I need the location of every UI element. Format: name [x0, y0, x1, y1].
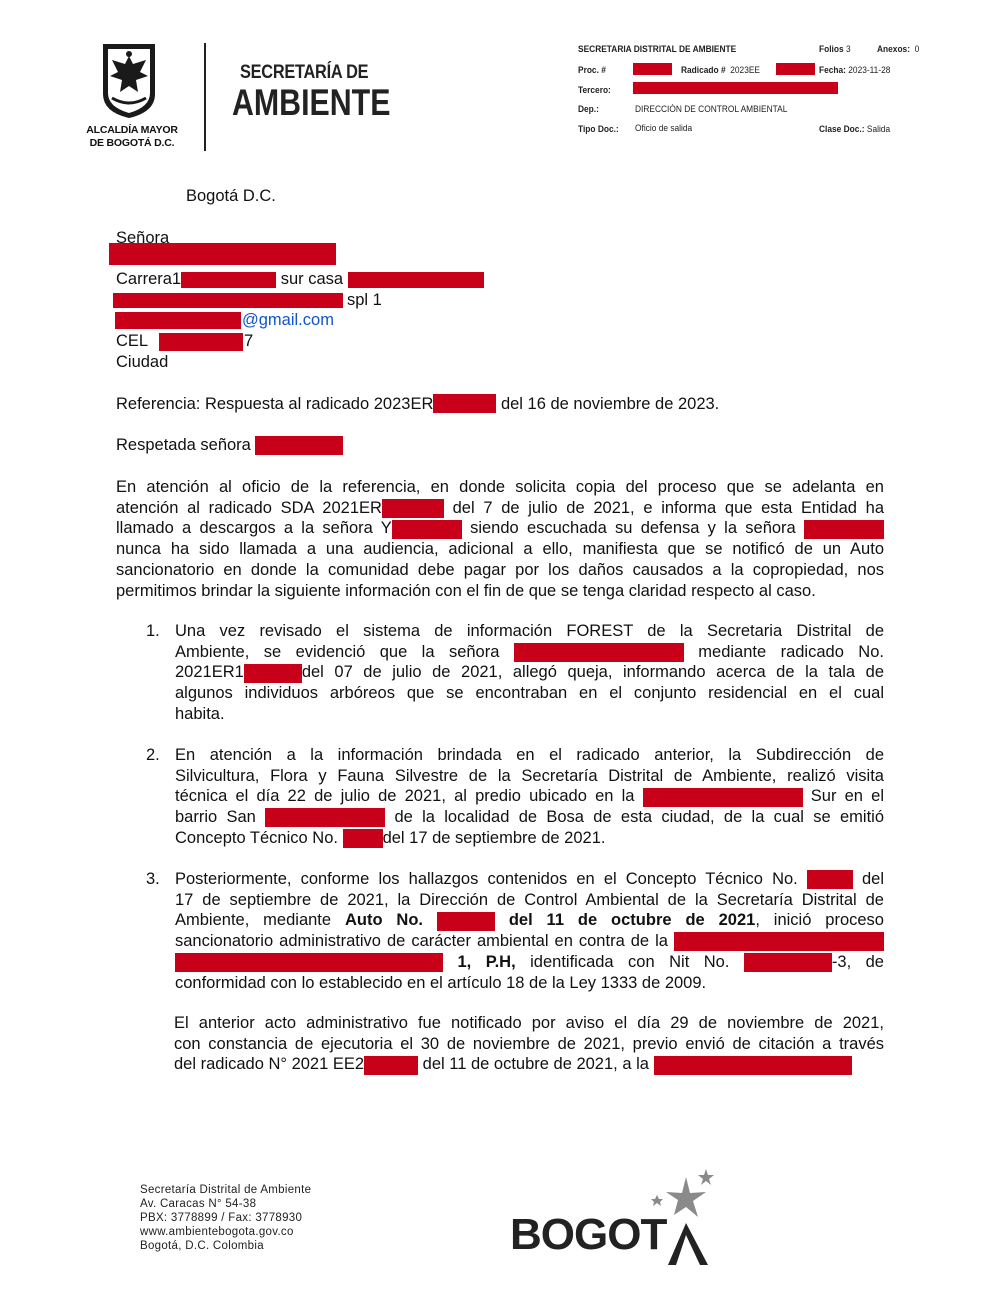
- redaction-item3-auto: [437, 912, 495, 931]
- item-line: técnica el día 22 de julio de 2021, al p…: [175, 786, 884, 807]
- item-line: En atención a la información brindada en…: [175, 745, 884, 766]
- item-line: sancionatorio administrativo de carácter…: [175, 931, 884, 952]
- meta-radicado: Radicado # 2023EE: [681, 65, 760, 76]
- redaction-closing-entity: [654, 1056, 852, 1075]
- meta-tipo-label: Tipo Doc.:: [578, 124, 619, 135]
- redaction-item3-agrupacion: [674, 932, 884, 951]
- secretaria-logo-line-1: SECRETARÍA DE: [240, 62, 368, 84]
- email-domain: @gmail.com: [242, 310, 334, 331]
- intro-paragraph: En atención al oficio de la referencia, …: [116, 477, 884, 601]
- item-2-text: En atención a la información brindada en…: [175, 745, 884, 849]
- closing-paragraph: El anterior acto administrativo fue noti…: [174, 1013, 884, 1075]
- meta-anexos: Anexos: 0: [877, 44, 919, 55]
- address-line-2-end: spl 1: [347, 290, 382, 311]
- intro-line: atención al radicado SDA 2021ER del 7 de…: [116, 498, 884, 519]
- alcaldia-line-2: DE BOGOTÁ D.C.: [82, 137, 182, 150]
- redaction-greeting-name: [255, 436, 343, 455]
- greeting-line: Respetada señora: [116, 435, 343, 456]
- item-line: Ambiente, mediante Auto No. del 11 de oc…: [175, 910, 884, 931]
- ciudad-line: Ciudad: [116, 352, 168, 373]
- meta-clase: Clase Doc.: Salida: [819, 124, 890, 135]
- bogota-coat-of-arms-logo: [100, 42, 158, 120]
- redaction-reference-radicado: [433, 394, 496, 413]
- meta-tipo-value: Oficio de salida: [635, 123, 692, 134]
- intro-line: permitimos brindar la siguiente informac…: [116, 581, 884, 602]
- redaction-item3-nit: [744, 953, 832, 972]
- redaction-address-number: [181, 272, 276, 288]
- footer-contact: Secretaría Distrital de Ambiente Av. Car…: [140, 1183, 311, 1253]
- meta-tercero-label: Tercero:: [578, 85, 611, 96]
- meta-dep-value: DIRECCIÓN DE CONTROL AMBIENTAL: [635, 104, 787, 115]
- item-line: Una vez revisado el sistema de informaci…: [175, 621, 884, 642]
- intro-line: llamado a descargos a la señora Y siendo…: [116, 518, 884, 539]
- redaction-address-casa: [348, 272, 484, 288]
- redaction-item2-concepto: [343, 829, 383, 848]
- redaction-intro-radicado: [382, 499, 444, 518]
- item-line: algunos individuos arbóreos que se encon…: [175, 683, 884, 704]
- redaction-item1-radicado: [244, 664, 302, 683]
- cel-line: CEL: [116, 331, 148, 352]
- cel-end: 7: [244, 331, 253, 352]
- item-line: Concepto Técnico No. del 17 de septiembr…: [175, 828, 884, 849]
- alcaldia-line-1: ALCALDÍA MAYOR: [82, 124, 182, 137]
- meta-dep: Dep.:: [578, 104, 599, 115]
- alcaldia-logo-text: ALCALDÍA MAYOR DE BOGOTÁ D.C.: [82, 124, 182, 150]
- item-line: barrio San de la localidad de Bosa de es…: [175, 807, 884, 828]
- redaction-cel: [159, 333, 243, 351]
- reference-line: Referencia: Respuesta al radicado 2023ER…: [116, 394, 719, 415]
- redaction-recipient-name: [109, 243, 336, 265]
- redaction-item1-name: [514, 643, 684, 662]
- bogota-brand-logo: BOGOT: [510, 1210, 666, 1260]
- redaction-item3-agrupacion-cont: [175, 953, 443, 972]
- item-line: 17 de septiembre de 2021, la Dirección d…: [175, 890, 884, 911]
- redaction-email-user: [115, 312, 241, 329]
- item-line: 1, P.H, identificada con Nit No. -3, de: [175, 952, 884, 973]
- item-line: Posteriormente, conforme los hallazgos c…: [175, 869, 884, 890]
- intro-line: nunca ha sido llamada a una audiencia, a…: [116, 539, 884, 560]
- meta-fecha: Fecha: 2023-11-28: [819, 65, 890, 76]
- bogota-star-a-icon: [648, 1165, 718, 1270]
- secretaria-logo-line-2: AMBIENTE: [232, 82, 390, 124]
- address-line-1: Carrera1 sur casa: [116, 269, 484, 290]
- redaction-intro-name-2: [804, 520, 884, 539]
- redaction-intro-name-1: [392, 520, 462, 539]
- redaction-item2-barrio: [265, 808, 385, 827]
- footer-city: Bogotá, D.C. Colombia: [140, 1239, 311, 1253]
- item-1-text: Una vez revisado el sistema de informaci…: [175, 621, 884, 725]
- intro-line: sancionatorio en donde la comunidad debe…: [116, 560, 884, 581]
- footer-website[interactable]: www.ambientebogota.gov.co: [140, 1225, 311, 1239]
- item-line: Silvicultura, Flora y Fauna Silvestre de…: [175, 766, 884, 787]
- city-date-line: Bogotá D.C.: [186, 186, 276, 207]
- closing-line: con constancia de ejecutoria el 30 de no…: [174, 1034, 884, 1055]
- item-line: Ambiente, se evidenció que la señora med…: [175, 642, 884, 663]
- redaction-address-line-2: [113, 293, 343, 308]
- meta-folios: Folios 3: [819, 44, 851, 55]
- redaction-proc: [633, 63, 672, 75]
- meta-entity: SECRETARIA DISTRITAL DE AMBIENTE: [578, 44, 736, 55]
- item-line: habita.: [175, 704, 884, 725]
- logo-divider: [204, 43, 206, 151]
- footer-address: Av. Caracas N° 54-38: [140, 1197, 311, 1211]
- redaction-closing-radicado: [364, 1056, 418, 1075]
- meta-proc-label: Proc. #: [578, 65, 606, 76]
- redaction-tercero: [633, 82, 838, 94]
- redaction-item3-concepto: [807, 870, 853, 889]
- item-1-number: 1.: [146, 621, 160, 642]
- footer-phone: PBX: 3778899 / Fax: 3778930: [140, 1211, 311, 1225]
- footer-entity: Secretaría Distrital de Ambiente: [140, 1183, 311, 1197]
- closing-line: El anterior acto administrativo fue noti…: [174, 1013, 884, 1034]
- redaction-item2-address: [643, 788, 803, 807]
- intro-line: En atención al oficio de la referencia, …: [116, 477, 884, 498]
- item-3-number: 3.: [146, 869, 160, 890]
- item-2-number: 2.: [146, 745, 160, 766]
- item-line: conformidad con lo establecido en el art…: [175, 973, 884, 994]
- closing-line: del radicado N° 2021 EE2 del 11 de octub…: [174, 1054, 884, 1075]
- item-line: 2021ER1del 07 de julio de 2021, allegó q…: [175, 662, 884, 683]
- redaction-radicado: [776, 63, 815, 75]
- item-3-text: Posteriormente, conforme los hallazgos c…: [175, 869, 884, 993]
- bogota-brand-text: BOGOT: [510, 1210, 666, 1259]
